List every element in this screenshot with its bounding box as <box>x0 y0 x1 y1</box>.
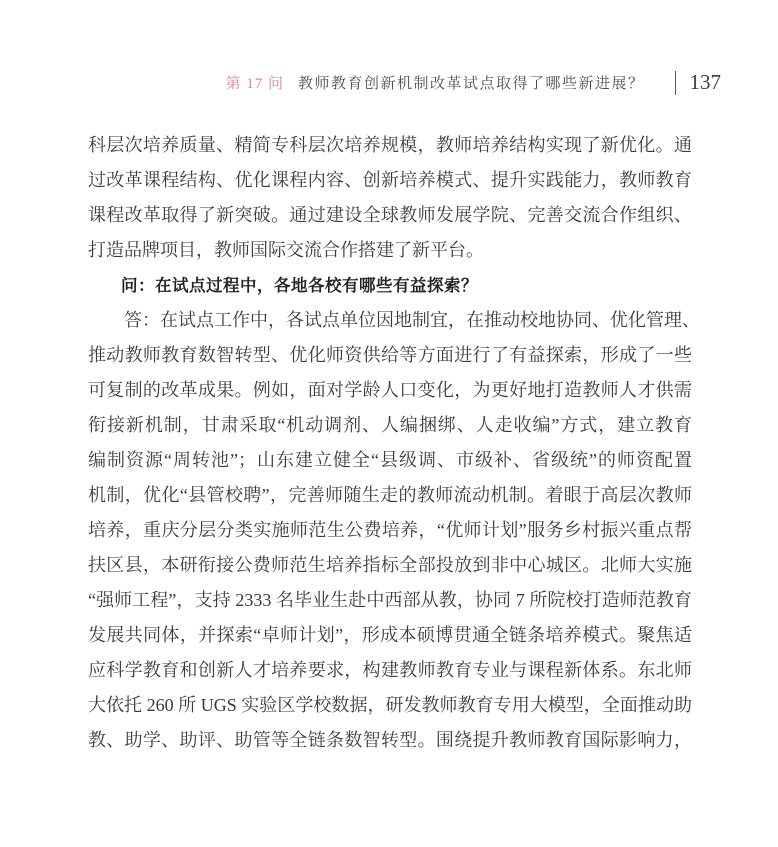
body-text: 科层次培养质量、精简专科层次培养规模，教师培养结构实现了新优化。通 过改革课程结… <box>88 128 692 758</box>
text-line: 衔接新机制，甘肃采取“机动调剂、人编捆绑、人走收编”方式，建立教育 <box>88 408 692 443</box>
question-line: 问：在试点过程中，各地各校有哪些有益探索？ <box>88 268 692 303</box>
header-divider <box>675 71 676 95</box>
text-line: 推动教师教育数智转型、优化师资供给等方面进行了有益探索，形成了一些 <box>88 338 692 373</box>
text-line: 发展共同体，并探索“卓师计划”，形成本硕博贯通全链条培养模式。聚焦适 <box>88 618 692 653</box>
text-line: 打造品牌项目，教师国际交流合作搭建了新平台。 <box>88 233 692 268</box>
book-page: 第 17 问 教师教育创新机制改革试点取得了哪些新进展？ 137 科层次培养质量… <box>0 0 778 847</box>
answer-first-line: 答：在试点工作中，各试点单位因地制宜，在推动校地协同、优化管理、 <box>88 303 692 338</box>
text-line: 机制，优化“县管校聘”，完善师随生走的教师流动机制。着眼于高层次教师 <box>88 478 692 513</box>
running-header: 第 17 问 教师教育创新机制改革试点取得了哪些新进展？ 137 <box>225 70 721 95</box>
text-line: 应科学教育和创新人才培养要求，构建教师教育专业与课程新体系。东北师 <box>88 653 692 688</box>
text-line: “强师工程”，支持 2333 名毕业生赴中西部从教，协同 7 所院校打造师范教育 <box>88 583 692 618</box>
text-line: 课程改革取得了新突破。通过建设全球教师发展学院、完善交流合作组织、 <box>88 198 692 233</box>
text-line: 培养，重庆分层分类实施师范生公费培养，“优师计划”服务乡村振兴重点帮 <box>88 513 692 548</box>
text-line: 教、助学、助评、助管等全链条数智转型。围绕提升教师教育国际影响力， <box>88 723 692 758</box>
text-line: 可复制的改革成果。例如，面对学龄人口变化，为更好地打造教师人才供需 <box>88 373 692 408</box>
page-number: 137 <box>690 70 722 95</box>
text-line: 科层次培养质量、精简专科层次培养规模，教师培养结构实现了新优化。通 <box>88 128 692 163</box>
text-line: 扶区县，本研衔接公费师范生培养指标全部投放到非中心城区。北师大实施 <box>88 548 692 583</box>
text-line: 编制资源“周转池”；山东建立健全“县级调、市级补、省级统”的师资配置 <box>88 443 692 478</box>
question-number-label: 第 17 问 <box>225 72 284 93</box>
chapter-title: 教师教育创新机制改革试点取得了哪些新进展？ <box>298 72 645 93</box>
text-line: 大依托 260 所 UGS 实验区学校数据，研发教师教育专用大模型，全面推动助 <box>88 688 692 723</box>
text-line: 过改革课程结构、优化课程内容、创新培养模式、提升实践能力，教师教育 <box>88 163 692 198</box>
